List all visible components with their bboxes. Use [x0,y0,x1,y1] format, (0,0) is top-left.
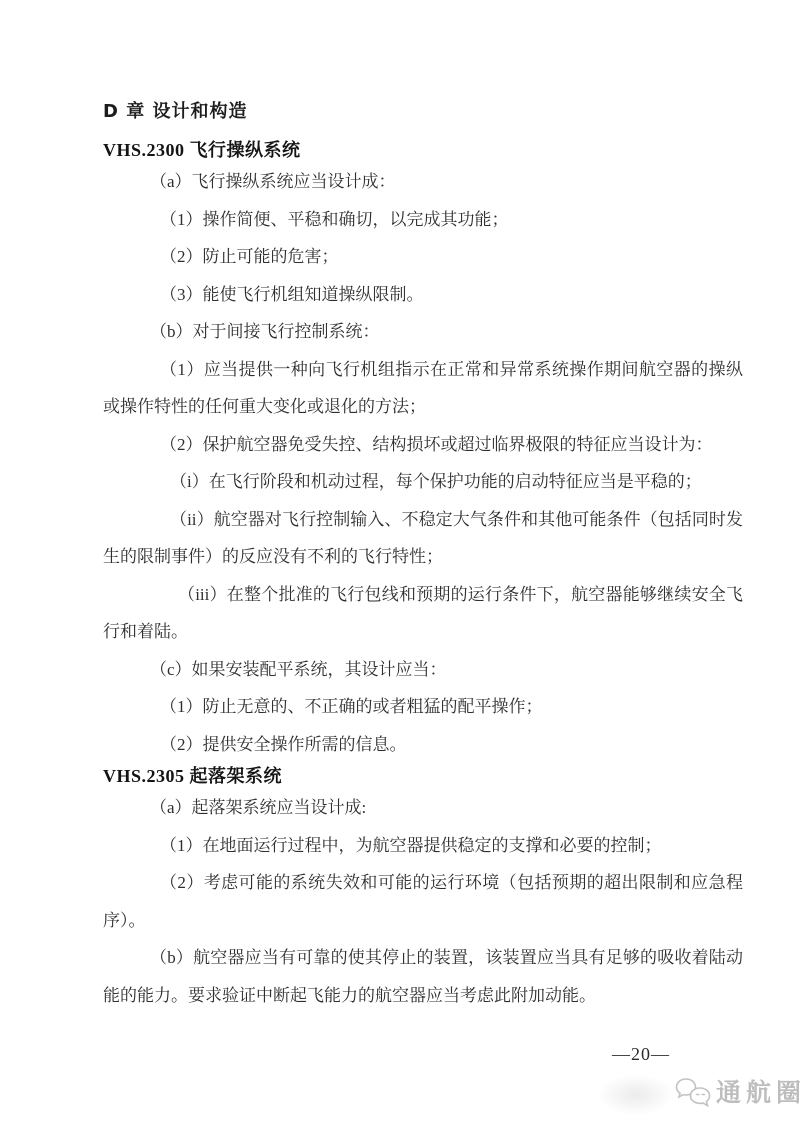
paragraph: （b）航空器应当有可靠的使其停止的装置，该装置应当具有足够的吸收着陆动能的能力。… [103,939,743,1014]
paragraph: （3）能使飞行机组知道操纵限制。 [103,276,743,314]
paragraph: （1）操作简便、平稳和确切，以完成其功能； [103,201,743,239]
document-body: D 章 设计和构造 VHS.2300 飞行操纵系统 （a）飞行操纵系统应当设计成… [103,0,743,1014]
paragraph: （1）应当提供一种向飞行机组指示在正常和异常系统操作期间航空器的操纵或操作特性的… [103,351,743,426]
paragraph: （a）起落架系统应当设计成: [103,789,743,827]
paragraph: （i）在飞行阶段和机动过程，每个保护功能的启动特征应当是平稳的； [103,463,743,501]
paragraph: （2）保护航空器免受失控、结构损坏或超过临界极限的特征应当设计为： [103,426,743,464]
paragraph: （2）防止可能的危害； [103,238,743,276]
paragraph: （c）如果安装配平系统，其设计应当： [103,651,743,689]
page-number: —20— [612,1044,670,1065]
paragraph: （ii）航空器对飞行控制输入、不稳定大气条件和其他可能条件（包括同时发生的限制事… [103,501,743,576]
chapter-heading: D 章 设计和构造 [103,0,743,124]
paragraph: （2）考虑可能的系统失效和可能的运行环境（包括预期的超出限制和应急程序）。 [103,864,743,939]
paragraph: （1）防止无意的、不正确的或者粗猛的配平操作； [103,688,743,726]
document-page: D 章 设计和构造 VHS.2300 飞行操纵系统 （a）飞行操纵系统应当设计成… [0,0,800,1131]
section-heading-vhs2305: VHS.2305 起落架系统 [103,763,743,789]
paragraph: （2）提供安全操作所需的信息。 [103,726,743,764]
watermark-smudge [598,1074,674,1116]
paragraph: （b）对于间接飞行控制系统： [103,313,743,351]
paragraph: （iii）在整个批准的飞行包线和预期的运行条件下，航空器能够继续安全飞行和着陆。 [103,576,743,651]
watermark-text: 通航圈 [716,1080,800,1106]
section-heading-vhs2300: VHS.2300 飞行操纵系统 [103,137,743,163]
paragraph: （a）飞行操纵系统应当设计成： [103,163,743,201]
watermark: 通航圈 [590,1068,790,1120]
paragraph: （1）在地面运行过程中，为航空器提供稳定的支撑和必要的控制； [103,827,743,865]
chat-bubbles-icon [674,1076,714,1112]
